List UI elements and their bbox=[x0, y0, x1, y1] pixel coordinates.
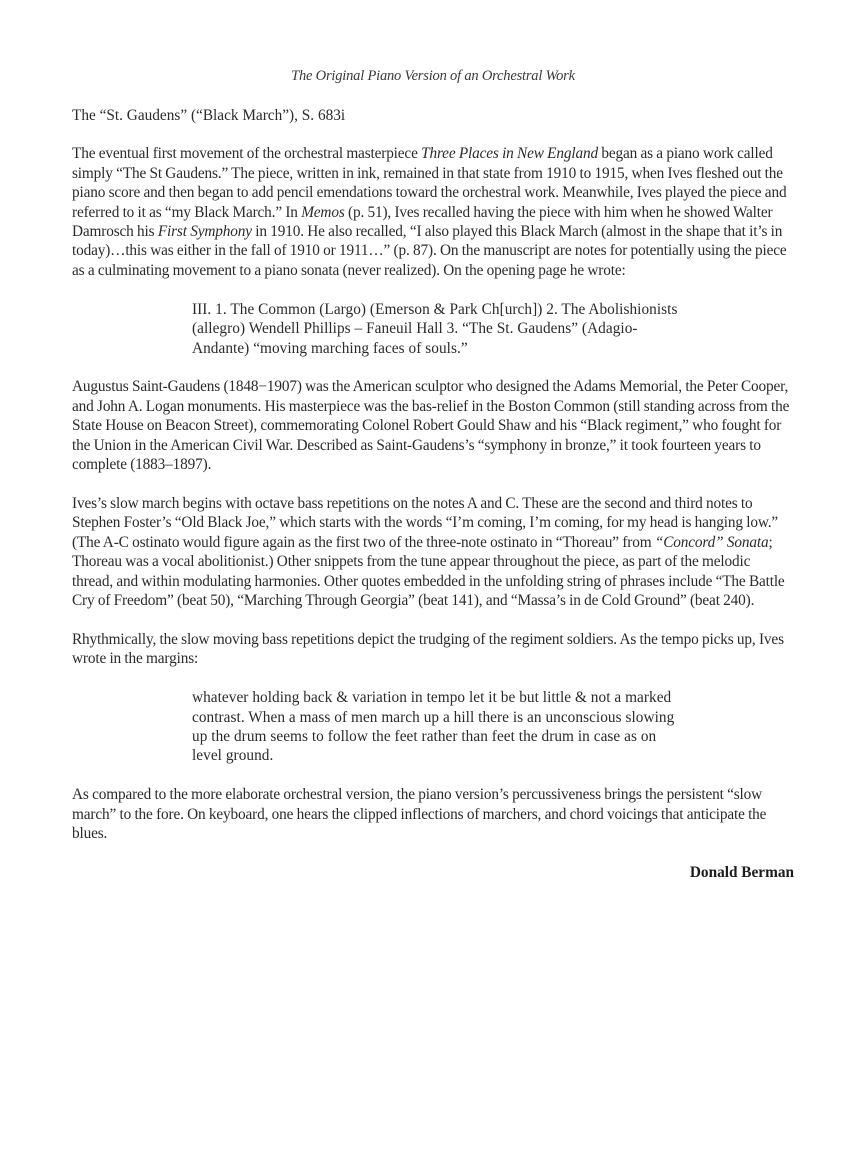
work-title: The “St. Gaudens” (“Black March”), S. 68… bbox=[72, 106, 794, 125]
text-run: The eventual first movement of the orche… bbox=[72, 145, 421, 162]
author-signature: Donald Berman bbox=[72, 863, 794, 883]
page-header-title: The Original Piano Version of an Orchest… bbox=[72, 66, 794, 86]
paragraph-slow-march: Ives’s slow march begins with octave bas… bbox=[72, 494, 794, 610]
block-quote-margin-note: whatever holding back & variation in tem… bbox=[192, 688, 682, 766]
paragraph-history: The eventual first movement of the orche… bbox=[72, 144, 794, 280]
italic-title-first-symphony: First Symphony bbox=[158, 223, 252, 240]
paragraph-comparison: As compared to the more elaborate orches… bbox=[72, 785, 794, 843]
document-page: The Original Piano Version of an Orchest… bbox=[72, 66, 794, 883]
block-quote-manuscript-note: III. 1. The Common (Largo) (Emerson & Pa… bbox=[192, 300, 682, 358]
italic-title-memos: Memos bbox=[301, 204, 344, 221]
italic-title-concord-sonata: “Concord” Sonata bbox=[655, 534, 769, 551]
paragraph-rhythm: Rhythmically, the slow moving bass repet… bbox=[72, 630, 794, 669]
paragraph-saint-gaudens: Augustus Saint-Gaudens (1848−1907) was t… bbox=[72, 377, 794, 474]
italic-title-three-places: Three Places in New England bbox=[421, 145, 598, 162]
